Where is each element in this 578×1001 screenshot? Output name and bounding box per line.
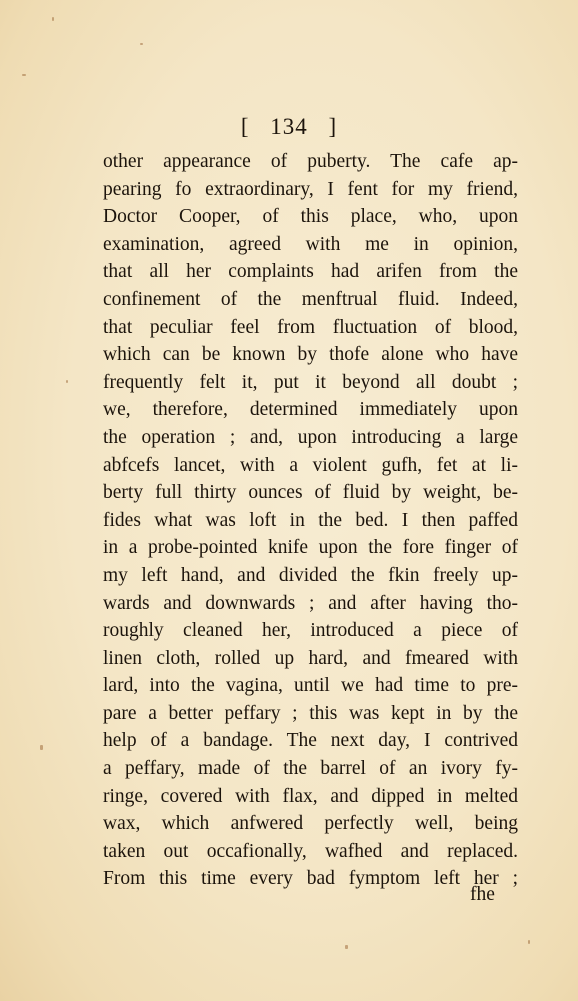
paper-speck [345,945,348,949]
text-line: fides what was loft in the bed. I then p… [103,507,518,535]
text-line: linen cloth, rolled up hard, and fmeared… [103,645,518,673]
text-line: examination, agreed with me in opinion, [103,231,518,259]
paper-speck [66,380,68,383]
text-line: help of a bandage. The next day, I contr… [103,727,518,755]
text-line: a peffary, made of the barrel of an ivor… [103,755,518,783]
text-line: pearing fo extraordinary, I fent for my … [103,176,518,204]
close-bracket: ] [329,114,338,140]
paper-speck [22,74,26,76]
text-line: Doctor Cooper, of this place, who, upon [103,203,518,231]
text-line: other appearance of puberty. The cafe ap… [103,148,518,176]
text-line: From this time every bad fymptom left he… [103,865,518,893]
paper-speck [40,745,43,750]
page-number: 134 [270,114,308,139]
text-line: frequently felt it, put it beyond all do… [103,369,518,397]
text-line: my left hand, and divided the fkin freel… [103,562,518,590]
text-line: that all her complaints had arifen from … [103,258,518,286]
body-text: other appearance of puberty. The cafe ap… [103,148,518,893]
catchword: fhe [470,884,495,906]
paper-speck [52,17,54,21]
text-line: in a probe-pointed knife upon the fore f… [103,534,518,562]
text-line: pare a better peffary ; this was kept in… [103,700,518,728]
text-line: we, therefore, determined immediately up… [103,396,518,424]
text-line: roughly cleaned her, introduced a piece … [103,617,518,645]
paper-speck [140,43,143,45]
page-header: [ 134 ] [0,114,578,140]
text-line: the operation ; and, upon introducing a … [103,424,518,452]
book-page: [ 134 ] other appearance of puberty. The… [0,0,578,1001]
text-line: which can be known by thofe alone who ha… [103,341,518,369]
text-line: abfcefs lancet, with a violent gufh, fet… [103,452,518,480]
text-line: wards and downwards ; and after having t… [103,590,518,618]
text-line: that peculiar feel from fluctuation of b… [103,314,518,342]
open-bracket: [ [241,114,250,140]
paper-speck [528,940,530,944]
text-line: ringe, covered with flax, and dipped in … [103,783,518,811]
text-line: taken out occafionally, wafhed and repla… [103,838,518,866]
text-line: berty full thirty ounces of fluid by wei… [103,479,518,507]
text-line: confinement of the menftrual fluid. Inde… [103,286,518,314]
text-line: lard, into the vagina, until we had time… [103,672,518,700]
text-line: wax, which anfwered perfectly well, bein… [103,810,518,838]
